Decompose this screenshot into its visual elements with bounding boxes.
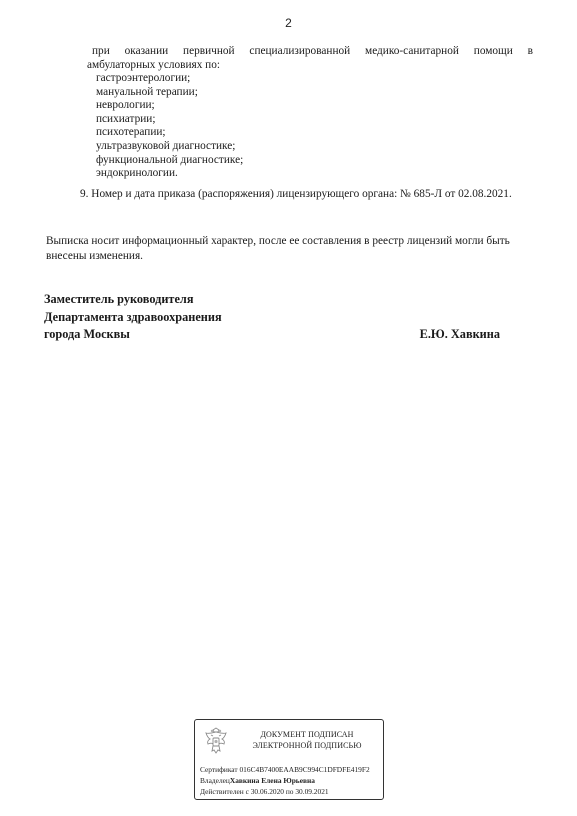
- list-item: мануальной терапии;: [96, 86, 243, 100]
- list-item: ультразвуковой диагностике;: [96, 140, 243, 154]
- list-item: функциональной диагностике;: [96, 154, 243, 168]
- order-number-line: 9. Номер и дата приказа (распоряжения) л…: [80, 187, 540, 201]
- stamp-title: ДОКУМЕНТ ПОДПИСАН ЭЛЕКТРОННОЙ ПОДПИСЬЮ: [237, 730, 377, 751]
- signer-position-line-2: Департамента здравоохранения: [44, 309, 514, 327]
- stamp-details: Сертификат 016C4B7400EAAB9C994C1DFDFE419…: [200, 764, 370, 797]
- signer-name: Е.Ю. Хавкина: [420, 326, 500, 344]
- coat-of-arms-icon: [203, 726, 229, 756]
- list-item: эндокринологии.: [96, 167, 243, 181]
- list-item: психотерапии;: [96, 126, 243, 140]
- owner-row: ВладелецХавкина Елена Юрьевна: [200, 775, 370, 786]
- signer-position-line-1: Заместитель руководителя: [44, 291, 514, 309]
- signature-block: Заместитель руководителя Департамента зд…: [44, 291, 514, 344]
- clause-intro: при оказании первичной специализированно…: [87, 45, 533, 72]
- owner-value: Хавкина Елена Юрьевна: [230, 776, 315, 785]
- specialty-list: гастроэнтерологии; мануальной терапии; н…: [96, 72, 243, 181]
- disclaimer-text: Выписка носит информационный характер, п…: [46, 234, 536, 264]
- list-item: неврологии;: [96, 99, 243, 113]
- stamp-title-line-1: ДОКУМЕНТ ПОДПИСАН: [237, 730, 377, 741]
- stamp-title-line-2: ЭЛЕКТРОННОЙ ПОДПИСЬЮ: [237, 741, 377, 752]
- list-item: гастроэнтерологии;: [96, 72, 243, 86]
- electronic-signature-stamp: ДОКУМЕНТ ПОДПИСАН ЭЛЕКТРОННОЙ ПОДПИСЬЮ С…: [194, 719, 384, 800]
- certificate-value: 016C4B7400EAAB9C994C1DFDFE419F2: [239, 765, 369, 774]
- clause-intro-line-2: амбулаторных условиях по:: [87, 59, 220, 71]
- clause-intro-line-1: при оказании первичной специализированно…: [87, 45, 533, 59]
- page-number: 2: [0, 16, 577, 30]
- owner-label: Владелец: [200, 776, 230, 785]
- certificate-label: Сертификат: [200, 765, 239, 774]
- validity-row: Действителен с 30.06.2020 по 30.09.2021: [200, 786, 370, 797]
- certificate-row: Сертификат 016C4B7400EAAB9C994C1DFDFE419…: [200, 764, 370, 775]
- list-item: психиатрии;: [96, 113, 243, 127]
